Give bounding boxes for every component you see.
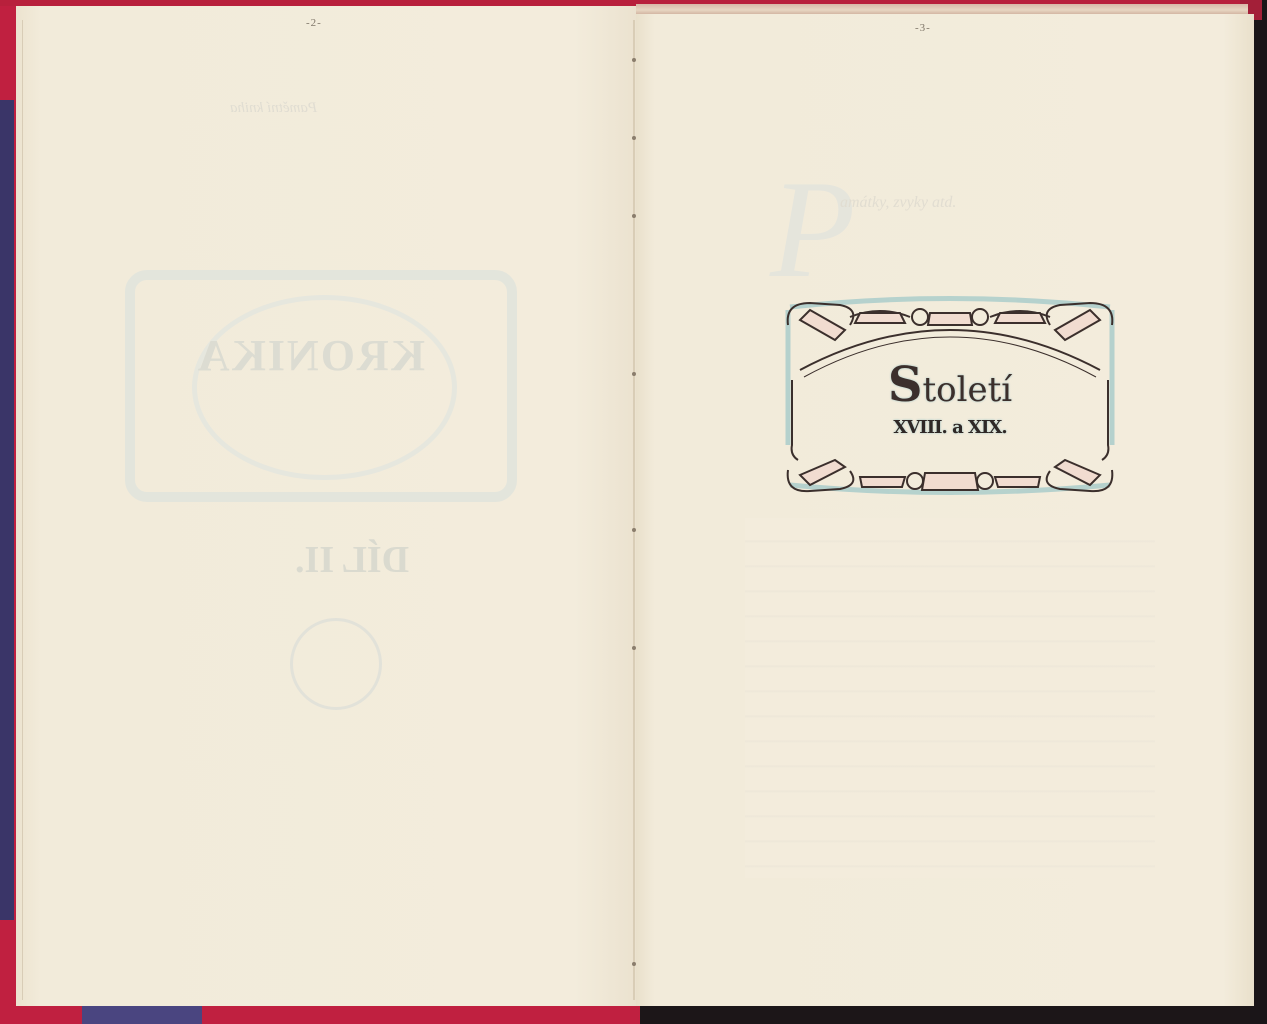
show-through-volume: DÍL II. [295,538,409,582]
chapter-title-initial: S [888,357,923,413]
page-number-right: -3- [915,22,931,34]
left-page-edge-line [22,20,23,1000]
binding-stitch [632,962,636,966]
left-page [16,6,636,1006]
title-cartouche: Století XVIII. a XIX. [780,295,1120,500]
show-through-initial: P [770,160,856,300]
binding-stitch [632,372,636,376]
show-through-stamp [290,618,382,710]
chapter-subtitle: XVIII. a XIX. [780,417,1120,438]
chapter-title: Století [780,357,1120,413]
book-gutter [633,20,635,1000]
binding-stitch [632,58,636,62]
show-through-header: Pamětní kniha [230,100,317,117]
show-through-oval [192,295,457,480]
binding-stitch [632,136,636,140]
page-number-left: -2- [306,17,322,29]
book-cover-marbling-bottom [82,1006,202,1024]
book-cover-marbling [0,100,14,920]
show-through-first-line: amátky, zvyky atd. [840,190,1140,216]
show-through-body-text [745,518,1155,878]
show-through-title: KRONIKA [225,330,425,381]
binding-stitch [632,528,636,532]
binding-stitch [632,214,636,218]
chapter-title-rest: toletí [923,370,1013,410]
binding-stitch [632,646,636,650]
